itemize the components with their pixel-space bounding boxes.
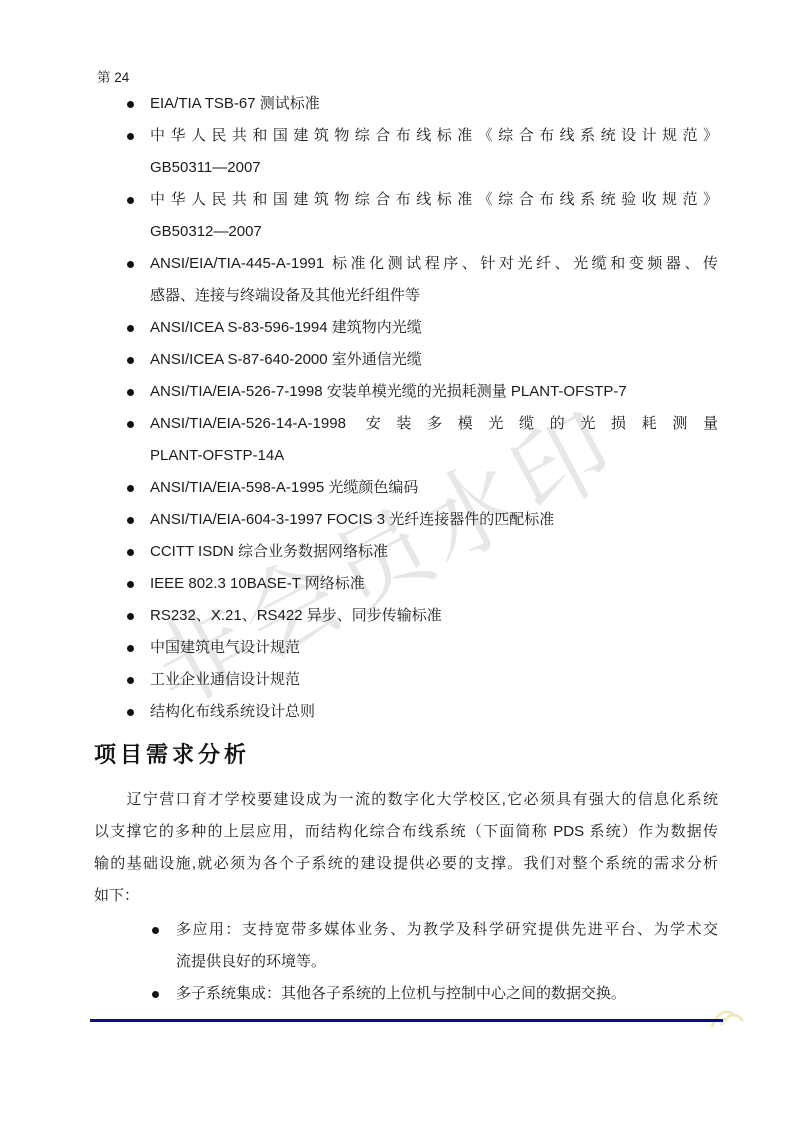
list-item-line: GB50311—2007 (150, 152, 718, 184)
list-item-line: GB50312—2007 (150, 216, 718, 248)
bullet-icon (127, 549, 134, 556)
list-item-line: 中华人民共和国建筑物综合布线标准《综合布线系统设计规范》 (150, 120, 718, 152)
list-item: RS232、X.21、RS422 异步、同步传输标准 (127, 600, 718, 632)
list-item-line: RS232、X.21、RS422 异步、同步传输标准 (150, 600, 718, 632)
list-item-line: EIA/TIA TSB-67 测试标准 (150, 88, 718, 120)
bullet-icon (127, 645, 134, 652)
list-item-line: 流提供良好的环境等。 (176, 946, 718, 978)
list-item: ANSI/TIA/EIA-526-14-A-1998 安装多模光缆的光损耗测量 … (127, 408, 718, 472)
list-item-line: 结构化布线系统设计总则 (150, 696, 718, 728)
footer-rule (90, 1019, 723, 1022)
bullet-icon (127, 101, 134, 108)
standards-list: EIA/TIA TSB-67 测试标准 中华人民共和国建筑物综合布线标准《综合布… (127, 88, 718, 728)
list-item: 多子系统集成：其他各子系统的上位机与控制中心之间的数据交换。 (152, 978, 718, 1010)
list-item: 多应用：支持宽带多媒体业务、为教学及科学研究提供先进平台、为学术交 流提供良好的… (152, 914, 718, 978)
list-item: CCITT ISDN 综合业务数据网络标准 (127, 536, 718, 568)
requirements-paragraph: 辽宁营口育才学校要建设成为一流的数字化大学校区,它必须具有强大的信息化系统 以支… (94, 784, 718, 912)
bullet-icon (152, 991, 159, 998)
list-item: EIA/TIA TSB-67 测试标准 (127, 88, 718, 120)
bullet-icon (127, 677, 134, 684)
bullet-icon (127, 709, 134, 716)
list-item: ANSI/EIA/TIA-445-A-1991 标准化测试程序、针对光纤、光缆和… (127, 248, 718, 312)
page-number: 第 24 (97, 68, 129, 88)
paragraph-line: 以支撑它的多种的上层应用，而结构化综合布线系统（下面简称 PDS 系统）作为数据… (94, 816, 718, 848)
list-item-line: 中华人民共和国建筑物综合布线标准《综合布线系统验收规范》 (150, 184, 718, 216)
list-item: IEEE 802.3 10BASE-T 网络标准 (127, 568, 718, 600)
list-item-line: CCITT ISDN 综合业务数据网络标准 (150, 536, 718, 568)
list-item: 中华人民共和国建筑物综合布线标准《综合布线系统验收规范》 GB50312—200… (127, 184, 718, 248)
list-item: 结构化布线系统设计总则 (127, 696, 718, 728)
list-item: ANSI/ICEA S-83-596-1994 建筑物内光缆 (127, 312, 718, 344)
bullet-icon (127, 197, 134, 204)
list-item-line: 多子系统集成：其他各子系统的上位机与控制中心之间的数据交换。 (176, 978, 718, 1010)
list-item-line: ANSI/TIA/EIA-526-14-A-1998 安装多模光缆的光损耗测量 (150, 408, 718, 440)
list-item: 工业企业通信设计规范 (127, 664, 718, 696)
list-item: ANSI/TIA/EIA-604-3-1997 FOCIS 3 光纤连接器件的匹… (127, 504, 718, 536)
section-heading: 项目需求分析 (94, 738, 250, 772)
requirements-list: 多应用：支持宽带多媒体业务、为教学及科学研究提供先进平台、为学术交 流提供良好的… (152, 914, 718, 1010)
list-item-line: ANSI/TIA/EIA-526-7-1998 安装单模光缆的光损耗测量 PLA… (150, 376, 718, 408)
list-item-line: IEEE 802.3 10BASE-T 网络标准 (150, 568, 718, 600)
list-item: 中国建筑电气设计规范 (127, 632, 718, 664)
bullet-icon (127, 517, 134, 524)
bullet-icon (127, 421, 134, 428)
list-item-line: ANSI/EIA/TIA-445-A-1991 标准化测试程序、针对光纤、光缆和… (150, 248, 718, 280)
list-item-line: PLANT-OFSTP-14A (150, 440, 718, 472)
bullet-icon (127, 485, 134, 492)
list-item: 中华人民共和国建筑物综合布线标准《综合布线系统设计规范》 GB50311—200… (127, 120, 718, 184)
paragraph-line: 如下： (94, 880, 718, 912)
bullet-icon (152, 927, 159, 934)
bullet-icon (127, 357, 134, 364)
list-item-line: ANSI/ICEA S-83-596-1994 建筑物内光缆 (150, 312, 718, 344)
bullet-icon (127, 389, 134, 396)
bullet-icon (127, 325, 134, 332)
list-item-line: 多应用：支持宽带多媒体业务、为教学及科学研究提供先进平台、为学术交 (176, 914, 718, 946)
bullet-icon (127, 133, 134, 140)
list-item: ANSI/TIA/EIA-526-7-1998 安装单模光缆的光损耗测量 PLA… (127, 376, 718, 408)
list-item: ANSI/TIA/EIA-598-A-1995 光缆颜色编码 (127, 472, 718, 504)
list-item-line: 中国建筑电气设计规范 (150, 632, 718, 664)
list-item-line: 感器、连接与终端设备及其他光纤组件等 (150, 280, 718, 312)
list-item: ANSI/ICEA S-87-640-2000 室外通信光缆 (127, 344, 718, 376)
list-item-line: 工业企业通信设计规范 (150, 664, 718, 696)
bullet-icon (127, 581, 134, 588)
paragraph-line: 辽宁营口育才学校要建设成为一流的数字化大学校区,它必须具有强大的信息化系统 (94, 784, 718, 816)
list-item-line: ANSI/TIA/EIA-604-3-1997 FOCIS 3 光纤连接器件的匹… (150, 504, 718, 536)
paragraph-line: 输的基础设施,就必须为各个子系统的建设提供必要的支撑。我们对整个系统的需求分析 (94, 848, 718, 880)
list-item-line: ANSI/ICEA S-87-640-2000 室外通信光缆 (150, 344, 718, 376)
bullet-icon (127, 613, 134, 620)
list-item-line: ANSI/TIA/EIA-598-A-1995 光缆颜色编码 (150, 472, 718, 504)
bullet-icon (127, 261, 134, 268)
